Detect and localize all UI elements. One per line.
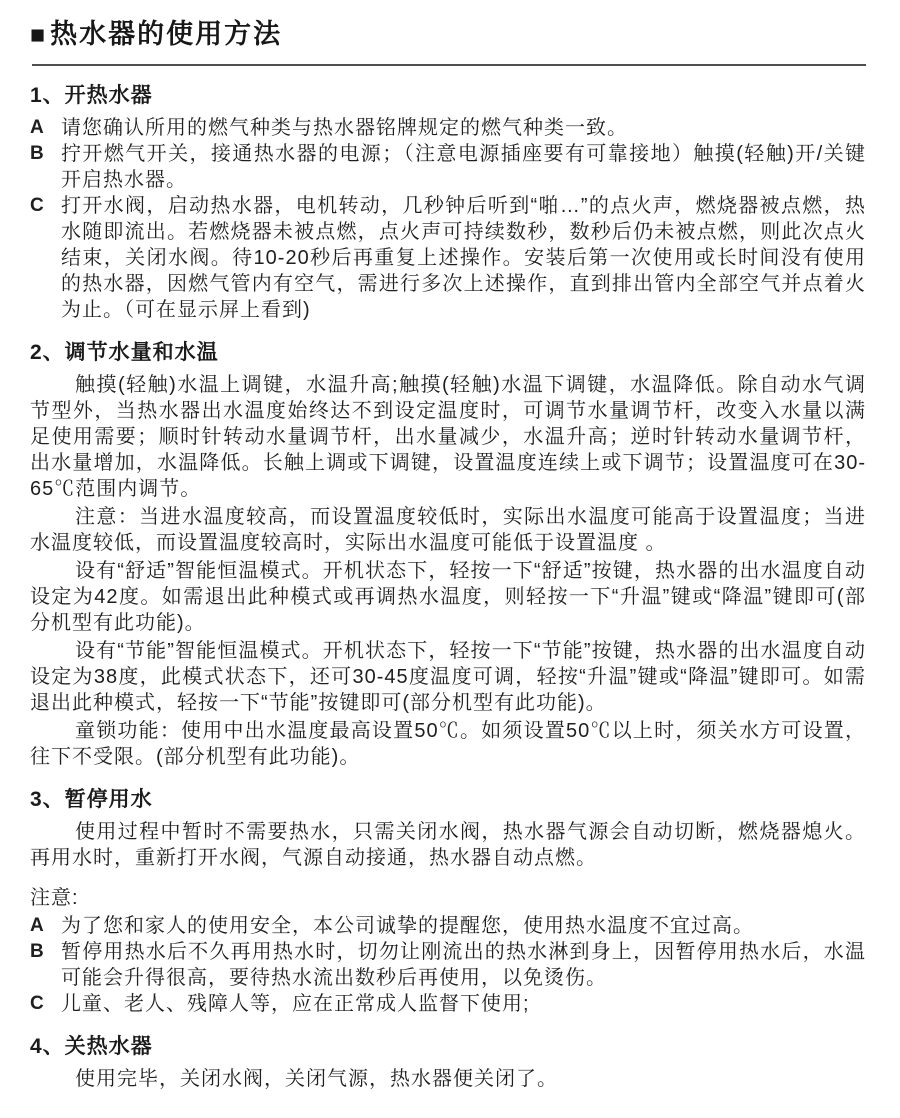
section-pause-water: 3、暂停用水 使用过程中暂时不需要热水，只需关闭水阀，热水器气源会自动切断，燃烧…: [30, 787, 866, 871]
item-label: C: [30, 193, 61, 323]
title-divider: [32, 64, 866, 66]
paragraph-child-lock: 童锁功能：使用中出水温度最高设置50℃。如须设置50℃以上时，须关水方可设置，往…: [30, 718, 866, 770]
manual-page: ■ 热水器的使用方法 1、开热水器 A 请您确认所用的燃气种类与热水器铭牌规定的…: [0, 0, 900, 1118]
section-adjust-water: 2、调节水量和水温 触摸(轻触)水温上调键，水温升高;触摸(轻触)水温下调键，水…: [30, 340, 866, 770]
section-close-heater: 4、关热水器 使用完毕，关闭水阀，关闭气源，热水器便关闭了。: [30, 1034, 866, 1092]
section-3-heading: 3、暂停用水: [30, 787, 866, 812]
section-open-heater: 1、开热水器 A 请您确认所用的燃气种类与热水器铭牌规定的燃气种类一致。 B 拧…: [30, 83, 866, 323]
paragraph-eco-mode: 设有“节能”智能恒温模式。开机状态下，轻按一下“节能”按键，热水器的出水温度自动…: [30, 638, 866, 716]
section-1-heading: 1、开热水器: [30, 83, 866, 108]
lettered-item-b: B 拧开燃气开关，接通热水器的电源；（注意电源插座要有可靠接地）触摸(轻触)开/…: [30, 141, 866, 193]
item-label: C: [30, 991, 61, 1017]
page-title-text: 热水器的使用方法: [50, 18, 282, 51]
item-label: A: [30, 115, 61, 141]
page-title: ■ 热水器的使用方法: [30, 18, 866, 51]
notice-heading: 注意:: [30, 885, 866, 911]
item-text: 儿童、老人、残障人等，应在正常成人监督下使用;: [61, 991, 866, 1017]
item-text: 打开水阀，启动热水器，电机转动，几秒钟后听到“啪…”的点火声，燃烧器被点燃，热水…: [61, 193, 866, 323]
item-label: B: [30, 939, 61, 991]
paragraph-temp-note: 注意：当进水温度较高，而设置温度较低时，实际出水温度可能高于设置温度；当进水温度…: [30, 504, 866, 556]
section-2-heading: 2、调节水量和水温: [30, 340, 866, 365]
paragraph-close: 使用完毕，关闭水阀，关闭气源，热水器便关闭了。: [30, 1066, 866, 1092]
notice-item-c: C 儿童、老人、残障人等，应在正常成人监督下使用;: [30, 991, 866, 1017]
black-square-icon: ■: [30, 23, 47, 48]
notice-item-a: A 为了您和家人的使用安全，本公司诚挚的提醒您，使用热水温度不宜过高。: [30, 913, 866, 939]
paragraph-touch-keys: 触摸(轻触)水温上调键，水温升高;触摸(轻触)水温下调键，水温降低。除自动水气调…: [30, 372, 866, 502]
notice-item-b: B 暂停用热水后不久再用热水时，切勿让刚流出的热水淋到身上，因暂停用热水后，水温…: [30, 939, 866, 991]
lettered-item-a: A 请您确认所用的燃气种类与热水器铭牌规定的燃气种类一致。: [30, 115, 866, 141]
item-text: 暂停用热水后不久再用热水时，切勿让刚流出的热水淋到身上，因暂停用热水后，水温可能…: [61, 939, 866, 991]
item-label: B: [30, 141, 61, 193]
item-label: A: [30, 913, 61, 939]
paragraph-comfort-mode: 设有“舒适”智能恒温模式。开机状态下，轻按一下“舒适”按键，热水器的出水温度自动…: [30, 558, 866, 636]
section-4-heading: 4、关热水器: [30, 1034, 866, 1059]
item-text: 为了您和家人的使用安全，本公司诚挚的提醒您，使用热水温度不宜过高。: [61, 913, 866, 939]
section-notice: 注意: A 为了您和家人的使用安全，本公司诚挚的提醒您，使用热水温度不宜过高。 …: [30, 885, 866, 1017]
paragraph-pause: 使用过程中暂时不需要热水，只需关闭水阀，热水器气源会自动切断，燃烧器熄火。再用水…: [30, 819, 866, 871]
item-text: 拧开燃气开关，接通热水器的电源；（注意电源插座要有可靠接地）触摸(轻触)开/关键…: [61, 141, 866, 193]
lettered-item-c: C 打开水阀，启动热水器，电机转动，几秒钟后听到“啪…”的点火声，燃烧器被点燃，…: [30, 193, 866, 323]
item-text: 请您确认所用的燃气种类与热水器铭牌规定的燃气种类一致。: [61, 115, 866, 141]
